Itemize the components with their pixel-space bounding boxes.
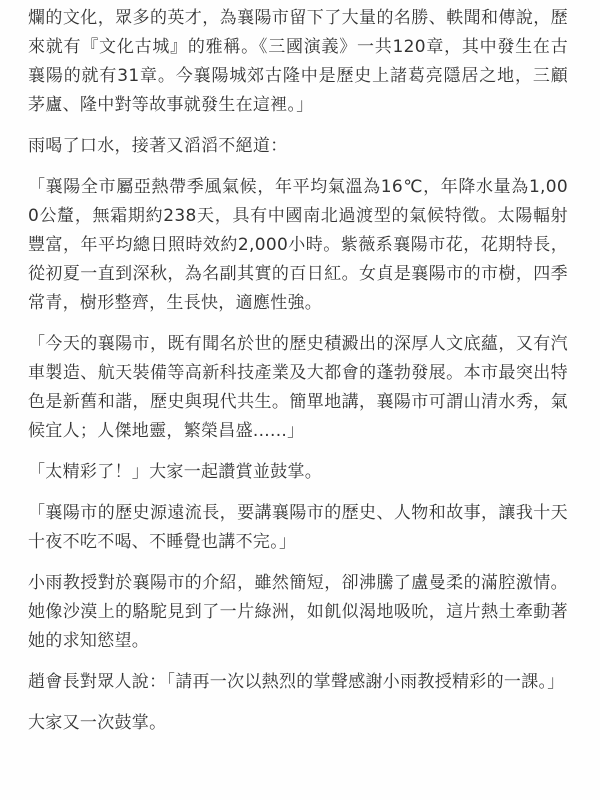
paragraph-applause-again: 大家又一次鼓掌。 <box>28 709 568 738</box>
paragraph-reaction: 小雨教授對於襄陽市的介紹，雖然簡短，卻沸騰了盧曼柔的滿腔激情。她像沙漠上的駱駝見… <box>28 569 568 656</box>
paragraph-applause: 「太精彩了！」大家一起讚賞並鼓掌。 <box>28 458 568 487</box>
paragraph-history-intro: 爛的文化，眾多的英才，為襄陽市留下了大量的名勝、軼聞和傳說，歷來就有『文化古城』… <box>28 4 568 120</box>
paragraph-climate: 「襄陽全市屬亞熱帶季風氣候，年平均氣溫為16℃，年降水量為1,000公釐，無霜期… <box>28 173 568 318</box>
paragraph-chairman-speech: 趙會長對眾人說：「請再一次以熱烈的掌聲感謝小雨教授精彩的一課。」 <box>28 668 568 697</box>
paragraph-long-history: 「襄陽市的歷史源遠流長，要講襄陽市的歷史、人物和故事，讓我十天十夜不吃不喝、不睡… <box>28 499 568 557</box>
article-body: 爛的文化，眾多的英才，為襄陽市留下了大量的名勝、軼聞和傳說，歷來就有『文化古城』… <box>28 4 568 750</box>
paragraph-narration-drink: 雨喝了口水，接著又滔滔不絕道： <box>28 132 568 161</box>
paragraph-modern-city: 「今天的襄陽市，既有聞名於世的歷史積澱出的深厚人文底蘊，又有汽車製造、航天裝備等… <box>28 330 568 446</box>
